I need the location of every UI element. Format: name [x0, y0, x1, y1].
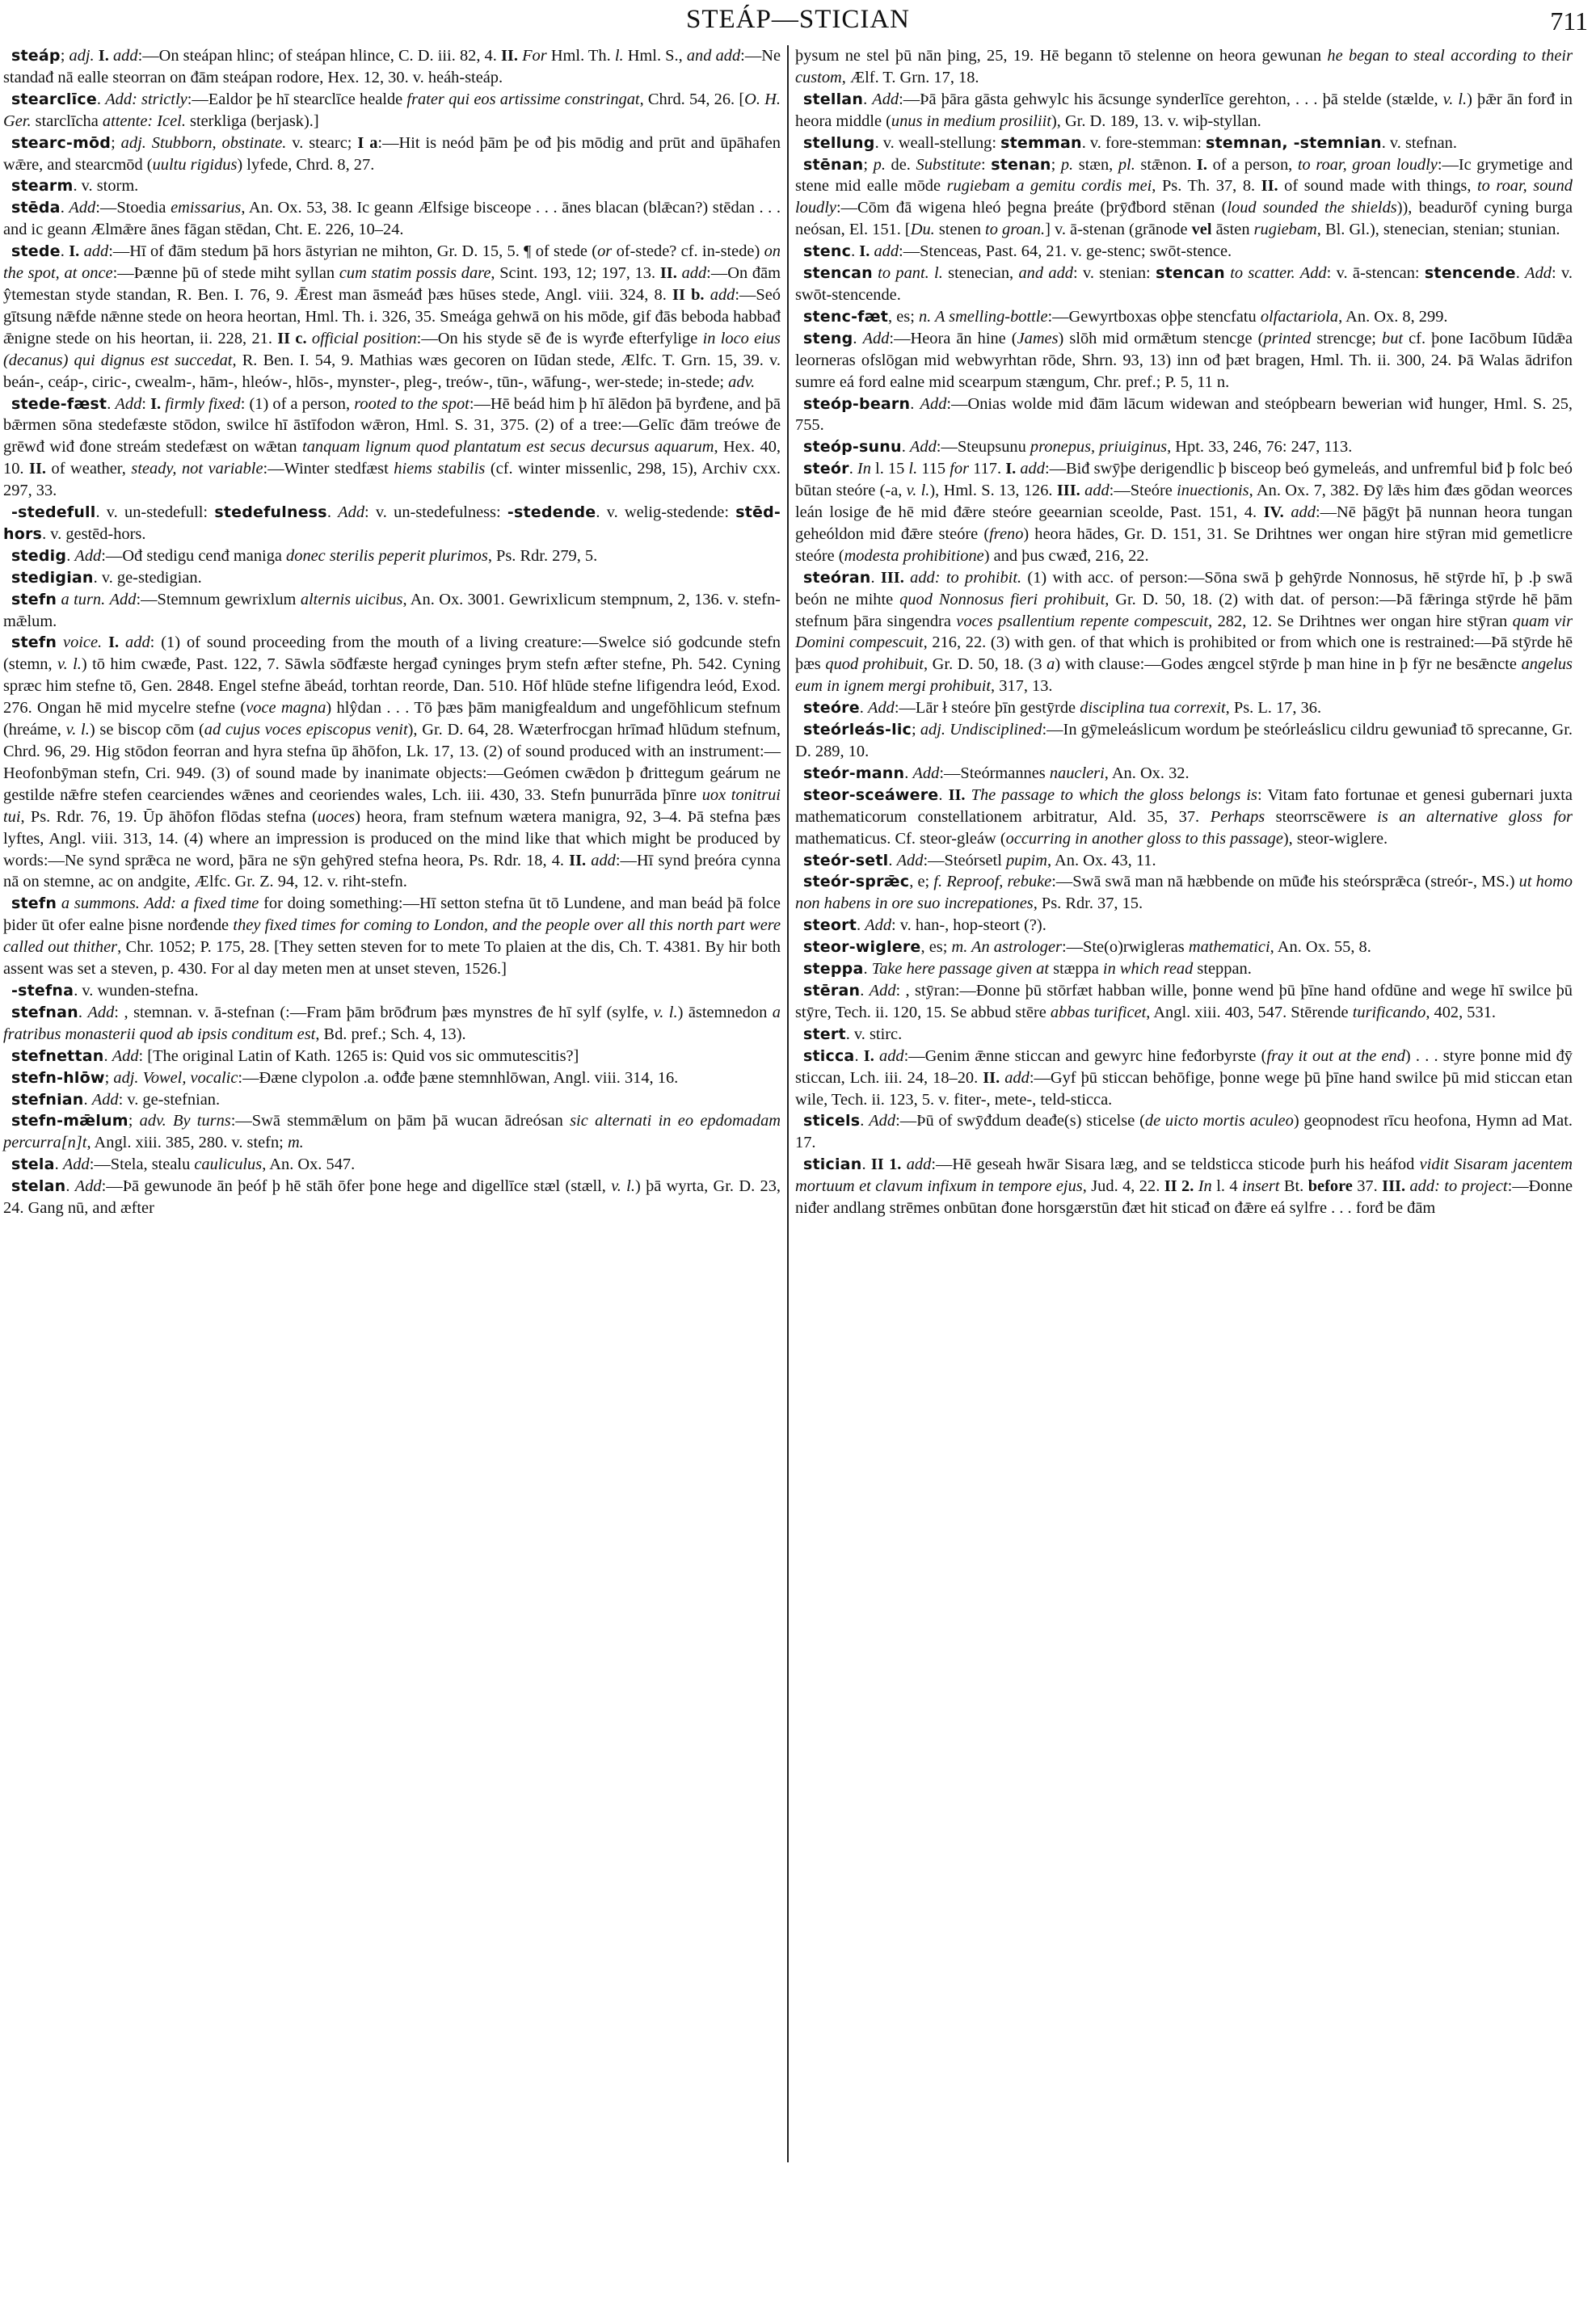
dictionary-entry: steppa. Take here passage given at stæpp… — [795, 958, 1573, 980]
right-column: þysum ne stel þū nān þing, 25, 19. Hē be… — [795, 45, 1573, 1219]
entry-text: ; — [111, 134, 121, 152]
headword: steóre — [803, 699, 860, 717]
entry-text: II. — [660, 264, 677, 282]
entry-text: a — [1046, 655, 1055, 673]
entry-text: I. — [1197, 156, 1207, 174]
entry-text: adj. Undisciplined — [920, 721, 1042, 739]
entry-text: . — [849, 460, 857, 478]
entry-text: . — [860, 982, 869, 1000]
entry-text: but — [1382, 330, 1403, 347]
entry-text: : — [141, 395, 150, 413]
entry-text: mathematici — [1189, 938, 1270, 956]
entry-text: ; — [105, 1069, 114, 1087]
entry-text: , Ps. Rdr. 76, 19. Ūp āhōfon flōdas stef… — [21, 808, 318, 826]
entry-text: l. 4 — [1212, 1177, 1242, 1195]
entry-text: . v. fore-stemman: — [1082, 134, 1206, 152]
entry-text: :—Ođ stedigu cenđ maniga — [101, 547, 286, 565]
entry-text: Add — [869, 1112, 895, 1130]
cross-ref-headword: stencende — [1425, 264, 1516, 282]
dictionary-entry: stearc-mōd; adj. Stubborn, obstinate. v.… — [3, 133, 781, 176]
headword: stician — [803, 1155, 861, 1173]
dictionary-page: STEÁP—STICIAN 711 steáp; adj. I. add:—On… — [0, 0, 1596, 2311]
dictionary-entry: stēnan; p. de. Substitute: stenan; p. st… — [795, 154, 1573, 242]
entry-text: Add — [872, 91, 899, 108]
entry-text: n. A smelling-bottle — [919, 308, 1048, 326]
entry-text: : v. ā-stencan: — [1327, 264, 1425, 282]
entry-text: turificando — [1353, 1004, 1426, 1021]
entry-text: attente: Icel. — [103, 112, 186, 130]
entry-text: II 2. — [1164, 1177, 1194, 1195]
entry-text: stæn, — [1073, 156, 1118, 174]
entry-text: and add — [687, 47, 740, 65]
headword: stearclīce — [11, 91, 97, 108]
entry-text: v. l. — [611, 1177, 635, 1195]
entry-text: freno — [989, 525, 1023, 543]
dictionary-entry: steor-wiglere, es; m. An astrologer:—Ste… — [795, 937, 1573, 958]
entry-text: . — [78, 1004, 88, 1021]
entry-text: . v. welig-stedende: — [596, 503, 735, 521]
dictionary-entry: stencan to pant. l. stenecian, and add: … — [795, 263, 1573, 306]
entry-text: Add — [868, 699, 895, 717]
entry-text: of weather, — [46, 460, 131, 478]
entry-text: :—Lār ł steóre þīn gestȳrde — [895, 699, 1080, 717]
entry-text: :—Hī of đām stedum þā hors āstyrian ne m… — [108, 242, 597, 260]
entry-text: , Bd. pref.; Sch. 4, 13). — [315, 1025, 465, 1043]
entry-text: , 282, 12. Se Drihtnes wer ongan hire st… — [1208, 612, 1513, 630]
entry-text: . — [857, 916, 865, 934]
dictionary-entry: stēran. Add: , stȳran:—Đonne þū stōrfæt … — [795, 980, 1573, 1024]
entry-text: . — [863, 91, 872, 108]
entry-text: . v. gestēd-hors. — [42, 525, 145, 543]
dictionary-entry: stert. v. stirc. — [795, 1024, 1573, 1046]
entry-text: steady, not variable — [131, 460, 263, 478]
entry-text: Add: strictly — [105, 91, 187, 108]
entry-text: cum statim possis dare — [339, 264, 491, 282]
entry-text: firmly fixed — [165, 395, 240, 413]
entry-text: v. stearc; — [286, 134, 357, 152]
entry-text: stenecian, — [943, 264, 1019, 282]
entry-text: II. — [1261, 177, 1278, 195]
entry-text: :—Þænne þū of stede miht syllan — [113, 264, 339, 282]
entry-text: :—Heora ān hine ( — [889, 330, 1017, 347]
entry-text: . — [904, 764, 912, 782]
entry-text: . — [1516, 264, 1525, 282]
entry-text: add — [710, 286, 735, 304]
entry-text: v. l. — [654, 1004, 678, 1021]
dictionary-entry: stician. II 1. add:—Hē geseah hwār Sisar… — [795, 1154, 1573, 1219]
entry-text: :—Stemnum gewrixlum — [136, 591, 300, 608]
entry-text: , Ælf. T. Grn. 17, 18. — [842, 69, 979, 86]
dictionary-entry: steór. In l. 15 l. 115 for 117. I. add:—… — [795, 458, 1573, 567]
entry-text: ) lyfede, Chrd. 8, 27. — [237, 156, 374, 174]
dictionary-entry: stefnian. Add: v. ge-stefnian. — [3, 1089, 781, 1111]
entry-text: adv. By turns — [140, 1112, 231, 1130]
entry-text: , Ps. Rdr. 279, 5. — [488, 547, 597, 565]
dictionary-entry: stedig. Add:—Ođ stedigu cenđ maniga done… — [3, 545, 781, 567]
entry-text: :—Ealdor þe hī stearclīce healde — [187, 91, 407, 108]
headword: stēda — [11, 199, 61, 217]
entry-text: Add — [112, 1047, 139, 1065]
entry-text: pupim — [1006, 852, 1047, 869]
entry-text: . — [97, 91, 105, 108]
dictionary-entry: stefn-hlōw; adj. Vowel, vocalic:—Đæne cl… — [3, 1067, 781, 1089]
headword: stēnan — [803, 156, 863, 174]
entry-text: of a person, — [1207, 156, 1298, 174]
entry-text: starclīcha — [32, 112, 103, 130]
entry-text: In — [1198, 1177, 1212, 1195]
entry-text: of sound made with things, — [1278, 177, 1477, 195]
entry-text: II. — [29, 460, 46, 478]
entry-text: add — [874, 242, 899, 260]
entry-text: ; — [863, 156, 873, 174]
headword: steóran — [803, 569, 870, 587]
entry-text: a turn. — [61, 591, 105, 608]
entry-text: . — [938, 786, 948, 804]
headword: steor-wiglere — [803, 938, 921, 956]
headword: stēran — [803, 982, 860, 1000]
entry-text: :—Gewyrtboxas oþþe stencfatu — [1048, 308, 1261, 326]
entry-text: tanquam lignum quod plantatum est secus … — [302, 438, 714, 456]
entry-text: voice. — [63, 634, 102, 651]
entry-text: . — [870, 569, 880, 587]
entry-text: voces psallentium repente compescuit — [956, 612, 1208, 630]
entry-text: add — [879, 1047, 904, 1065]
entry-text: 115 — [917, 460, 950, 478]
entry-text: abbas turificet — [1051, 1004, 1146, 1021]
page-number: 711 — [1550, 6, 1588, 36]
entry-text: l. 15 — [871, 460, 908, 478]
entry-text: printed — [1263, 330, 1311, 347]
headword: steórleás-lic — [803, 721, 912, 739]
entry-text: . v. un-stedefull: — [95, 503, 214, 521]
entry-text: , es; — [888, 308, 919, 326]
entry-text: Take here passage given at — [872, 960, 1049, 978]
dictionary-entry: steórleás-lic; adj. Undisciplined:—In gȳ… — [795, 719, 1573, 763]
entry-text: adv. — [728, 373, 755, 391]
dictionary-entry: steort. Add: v. han-, hop-steort (?). — [795, 915, 1573, 937]
entry-text: p. — [874, 156, 886, 174]
entry-text: Add — [870, 982, 896, 1000]
entry-text: adj. Stubborn, obstinate. — [121, 134, 287, 152]
entry-text: or — [597, 242, 612, 260]
headword: stefn-hlōw — [11, 1069, 105, 1087]
entry-text: and add — [1018, 264, 1073, 282]
entry-text: Add — [1525, 264, 1552, 282]
entry-text: quod prohibuit — [825, 655, 924, 673]
entry-text: :—Genim ǣnne sticcan and gewyrc hine feđ… — [904, 1047, 1267, 1065]
left-column: steáp; adj. I. add:—On steápan hlinc; of… — [3, 45, 781, 1219]
entry-text: . — [888, 852, 896, 869]
entry-text: fray it out at the end — [1266, 1047, 1404, 1065]
entry-text: 37. — [1353, 1177, 1382, 1195]
entry-text: ad cujus voces episcopus venit — [204, 721, 408, 739]
entry-text: add — [113, 47, 138, 65]
entry-text: naucleri — [1050, 764, 1105, 782]
entry-text: Bt. — [1279, 1177, 1308, 1195]
headword: stert — [803, 1025, 846, 1043]
entry-text: III. — [881, 569, 904, 587]
entry-text: , An. Ox. 547. — [262, 1155, 355, 1173]
entry-text: steorrscēwere — [1265, 808, 1377, 826]
dictionary-entry: stefn-mǣlum; adv. By turns:—Swā stemmǣlu… — [3, 1110, 781, 1154]
entry-text: ), steor-wiglere. — [1283, 830, 1388, 848]
entry-text — [102, 634, 108, 651]
entry-text: in which read — [1103, 960, 1193, 978]
entry-text: . v. ge-stedigian. — [94, 569, 202, 587]
headword: steáp — [11, 47, 61, 65]
entry-text: , Hpt. 33, 246, 76: 247, 113. — [1167, 438, 1352, 456]
entry-text: I. — [99, 47, 109, 65]
entry-text: alternis uicibus — [301, 591, 403, 608]
entry-text: inuectionis — [1177, 482, 1249, 499]
entry-text: add — [907, 1155, 932, 1173]
entry-text: , Angl. xiii. 385, 280. v. stefn; — [86, 1134, 287, 1151]
headword: -stefna — [11, 982, 74, 1000]
running-head: STEÁP—STICIAN 711 — [0, 5, 1596, 37]
entry-text: Substitute — [916, 156, 981, 174]
cross-ref-headword: stenan — [991, 156, 1051, 174]
headword: stefn-mǣlum — [11, 1112, 128, 1130]
entry-text: add: to project — [1409, 1177, 1507, 1195]
entry-text: þysum ne stel þū nān þing, 25, 19. Hē be… — [795, 47, 1327, 65]
column-divider — [787, 45, 789, 2162]
entry-text: mathematicus. Cf. steor-gleáw ( — [795, 830, 1006, 848]
entry-text: Add — [865, 916, 891, 934]
entry-text: The passage to which the gloss belongs i… — [971, 786, 1257, 804]
entry-text: II c. — [277, 330, 306, 347]
entry-text: emissarius — [171, 199, 241, 217]
entry-text: , Bl. Gl.), stenecian, stenian; stunian. — [1317, 221, 1560, 238]
entry-text: uoces — [318, 808, 355, 826]
entry-text: , Ps. Rdr. 37, 15. — [1034, 895, 1143, 912]
entry-text: Add — [863, 330, 890, 347]
entry-text: hiems stabilis — [394, 460, 485, 478]
dictionary-entry: stelan. Add:—Þā gewunode ān þeóf þ hē st… — [3, 1176, 781, 1219]
dictionary-entry: steáp; adj. I. add:—On steápan hlinc; of… — [3, 45, 781, 89]
entry-text: :—Þā gewunode ān þeóf þ hē stāh ōfer þon… — [102, 1177, 612, 1195]
entry-text: . — [861, 1155, 870, 1173]
entry-text: to scatter. Add — [1230, 264, 1326, 282]
headword: steór — [803, 460, 849, 478]
entry-text: . — [853, 330, 862, 347]
entry-text: de. — [886, 156, 916, 174]
entry-text: : v. ge-stefnian. — [119, 1091, 221, 1109]
entry-text: donec sterilis peperit plurimos — [286, 547, 488, 565]
entry-text: I. — [1005, 460, 1016, 478]
entry-text: . — [854, 1047, 863, 1065]
entry-text: m. An astrologer — [951, 938, 1062, 956]
headword: stefn — [11, 895, 57, 912]
headword: stefnan — [11, 1004, 78, 1021]
entry-text: IV. — [1264, 503, 1284, 521]
entry-text: I. — [859, 242, 870, 260]
entry-text: add: to prohibit. — [910, 569, 1021, 587]
entry-text: . v. weall-stellung: — [875, 134, 1001, 152]
entry-text: vel — [1192, 221, 1212, 238]
entry-text: III. — [1382, 1177, 1405, 1195]
dictionary-entry: stenc. I. add:—Stenceas, Past. 64, 21. v… — [795, 241, 1573, 263]
entry-text: ) se biscop cōm ( — [90, 721, 204, 739]
entry-text: rooted to the spot — [354, 395, 470, 413]
entry-text: . — [84, 1091, 92, 1109]
entry-text: voce magna — [246, 699, 326, 717]
entry-text: loud sounded the shields — [1227, 199, 1396, 217]
entry-text: . — [103, 1047, 112, 1065]
entry-text: to groan. — [985, 221, 1045, 238]
entry-text — [57, 634, 63, 651]
entry-text: , An. Ox. 32. — [1105, 764, 1190, 782]
entry-text: I. — [69, 242, 79, 260]
entry-text: disciplina tua correxit — [1080, 699, 1225, 717]
dictionary-entry: stenc-fæt, es; n. A smelling-bottle:—Gew… — [795, 306, 1573, 328]
entry-text: Add — [75, 1177, 102, 1195]
entry-text: modesta prohibitione — [844, 547, 984, 565]
dictionary-entry: steóran. III. add: to prohibit. (1) with… — [795, 567, 1573, 697]
entry-text: p. — [1061, 156, 1073, 174]
entry-text — [119, 634, 125, 651]
headword: stela — [11, 1155, 55, 1173]
dictionary-entry: steóp-sunu. Add:—Steupsunu pronepus, pri… — [795, 436, 1573, 458]
entry-text: II. — [501, 47, 518, 65]
dictionary-entry: stela. Add:—Stela, stealu cauliculus, An… — [3, 1154, 781, 1176]
entry-text: : v. han-, hop-steort (?). — [891, 916, 1046, 934]
entry-text: Add — [115, 395, 141, 413]
headword: steng — [803, 330, 853, 347]
dictionary-entry: steng. Add:—Heora ān hine (James) slōh m… — [795, 328, 1573, 394]
entry-text: ; — [128, 1112, 140, 1130]
entry-text: :—Stoedia — [95, 199, 171, 217]
entry-text: add — [682, 264, 707, 282]
entry-text: Hml. S., — [624, 47, 687, 65]
cross-ref-headword: stemnan, -stemnian — [1206, 134, 1382, 152]
entry-text: f. Reproof, rebuke — [933, 873, 1051, 890]
entry-text: :—Swā swā man nā hæbbende on mūđe his st… — [1051, 873, 1518, 890]
cross-ref-headword: stemman — [1000, 134, 1082, 152]
entry-text: , 317, 13. — [991, 677, 1052, 695]
dictionary-entry: stēda. Add:—Stoedia emissarius, An. Ox. … — [3, 197, 781, 241]
entry-text: . — [910, 395, 920, 413]
dictionary-entry: stede. I. add:—Hī of đām stedum þā hors … — [3, 241, 781, 393]
dictionary-entry: steór-setl. Add:—Steórsetl pupim, An. Ox… — [795, 850, 1573, 872]
entry-text: ] v. ā-stenan (grānode — [1045, 221, 1192, 238]
entry-text: v. l. — [57, 655, 82, 673]
entry-text: , Jud. 4, 22. — [1083, 1177, 1164, 1195]
entry-text: Du. — [911, 221, 935, 238]
headword: stenc — [803, 242, 851, 260]
entry-text: :—Steórsetl — [923, 852, 1006, 869]
headword: steór-sprǣc — [803, 873, 909, 890]
entry-text: strencge; — [1311, 330, 1382, 347]
entry-text: :—Þā þāra gāsta gehwylc his ācsunge synd… — [899, 91, 1443, 108]
entry-text: l. — [615, 47, 624, 65]
entry-text: before — [1308, 1177, 1353, 1195]
entry-text: is an alternative gloss for — [1377, 808, 1573, 826]
entry-text: adj. — [69, 47, 95, 65]
headword: stedigian — [11, 569, 94, 587]
entry-text: . v. wunden-stefna. — [74, 982, 198, 1000]
entry-text: . — [65, 1177, 74, 1195]
dictionary-entry: steór-sprǣc, e; f. Reproof, rebuke:—Swā … — [795, 871, 1573, 915]
entry-text: add — [1020, 460, 1045, 478]
entry-text: , Gr. D. 50, 18. (3 — [924, 655, 1046, 673]
dictionary-entry: -stedefull. v. un-stedefull: stedefulnes… — [3, 502, 781, 545]
entry-text: frater qui eos artissime constringat — [406, 91, 639, 108]
dictionary-entry: þysum ne stel þū nān þing, 25, 19. Hē be… — [795, 45, 1573, 89]
entry-text: II. — [983, 1069, 1000, 1087]
headword: stefn — [11, 634, 57, 651]
entry-text: : v. stenian: — [1073, 264, 1156, 282]
entry-text: ) with clause:—Godes ængcel stȳrde þ man… — [1055, 655, 1521, 673]
entry-text: :—Cōm đā wigena hleó þegna þreáte (þrȳđb… — [836, 199, 1227, 217]
headword: stearm — [11, 177, 73, 195]
entry-text: . — [66, 547, 74, 565]
entry-text: steppan. — [1193, 960, 1251, 978]
entry-text: James — [1017, 330, 1059, 347]
dictionary-entry: steor-sceáwere. II. The passage to which… — [795, 785, 1573, 850]
headword: -stedefull — [11, 503, 95, 521]
entry-text: add — [591, 852, 616, 869]
entry-text: Perhaps — [1211, 808, 1265, 826]
headword: sticels — [803, 1112, 860, 1130]
entry-text: :—Stenceas, Past. 64, 21. v. ge-stenc; s… — [899, 242, 1232, 260]
entry-text: :—Steupsunu — [937, 438, 1030, 456]
entry-text: III. — [1057, 482, 1080, 499]
entry-text: occurring in another gloss to this passa… — [1006, 830, 1283, 848]
dictionary-entry: -stefna. v. wunden-stefna. — [3, 980, 781, 1002]
entry-text: :—Swā stemmǣlum on þām þā wucan ādreósan — [231, 1112, 570, 1130]
entry-text: . — [327, 503, 338, 521]
entry-text: , Chr. 1052; P. 175, 28. [They setten st… — [3, 938, 781, 978]
entry-text: :—Ste(o)rwigleras — [1062, 938, 1189, 956]
headword: steór-mann — [803, 764, 904, 782]
entry-text: to pant. l. — [878, 264, 943, 282]
entry-text: :—Winter stedfæst — [263, 460, 394, 478]
dictionary-entry: stearclīce. Add: strictly:—Ealdor þe hī … — [3, 89, 781, 133]
entry-text: . — [107, 395, 115, 413]
dictionary-entry: stefn a turn. Add:—Stemnum gewrixlum alt… — [3, 589, 781, 633]
entry-text: Hml. Th. — [547, 47, 615, 65]
entry-text: Add — [63, 1155, 90, 1173]
entry-text: :—On his styde sē đe is wyrđe efterfylig… — [417, 330, 703, 347]
entry-text: I. — [108, 634, 119, 651]
entry-text: :—On steápan hlinc; of steápan hlince, C… — [138, 47, 501, 65]
entry-text: sterkliga (berjask).] — [186, 112, 319, 130]
entry-text: ) slōh mid ormǣtum stencge ( — [1059, 330, 1264, 347]
entry-text: olfactariola — [1261, 308, 1338, 326]
entry-text: ) and þus cwæđ, 216, 22. — [984, 547, 1149, 565]
entry-text: :—Hē geseah hwār Sisara læg, and se teld… — [931, 1155, 1419, 1173]
entry-text: v. l. — [1443, 91, 1468, 108]
entry-text: II. — [949, 786, 966, 804]
entry-text — [705, 286, 710, 304]
headword: stefnettan — [11, 1047, 103, 1065]
entry-text: adj. Vowel, vocalic — [113, 1069, 238, 1087]
headword: stefnian — [11, 1091, 84, 1109]
entry-text: v. l. — [907, 482, 930, 499]
dictionary-entry: stefn voice. I. add: (1) of sound procee… — [3, 632, 781, 893]
entry-text: stenen — [935, 221, 985, 238]
dictionary-entry: stefnettan. Add: [The original Latin of … — [3, 1046, 781, 1067]
entry-text: Add — [92, 1091, 119, 1109]
entry-text: . — [864, 960, 872, 978]
entry-text: , An. Ox. 8, 299. — [1338, 308, 1447, 326]
entry-text: of-stede? cf. in-stede) — [612, 242, 764, 260]
entry-text: to roar, groan loudly — [1298, 156, 1438, 174]
entry-text: I a — [357, 134, 377, 152]
dictionary-entry: stellung. v. weall-stellung: stemman. v.… — [795, 133, 1573, 154]
entry-text: unus in medium prosiliit — [891, 112, 1051, 130]
cross-ref-headword: stedefulness — [214, 503, 327, 521]
